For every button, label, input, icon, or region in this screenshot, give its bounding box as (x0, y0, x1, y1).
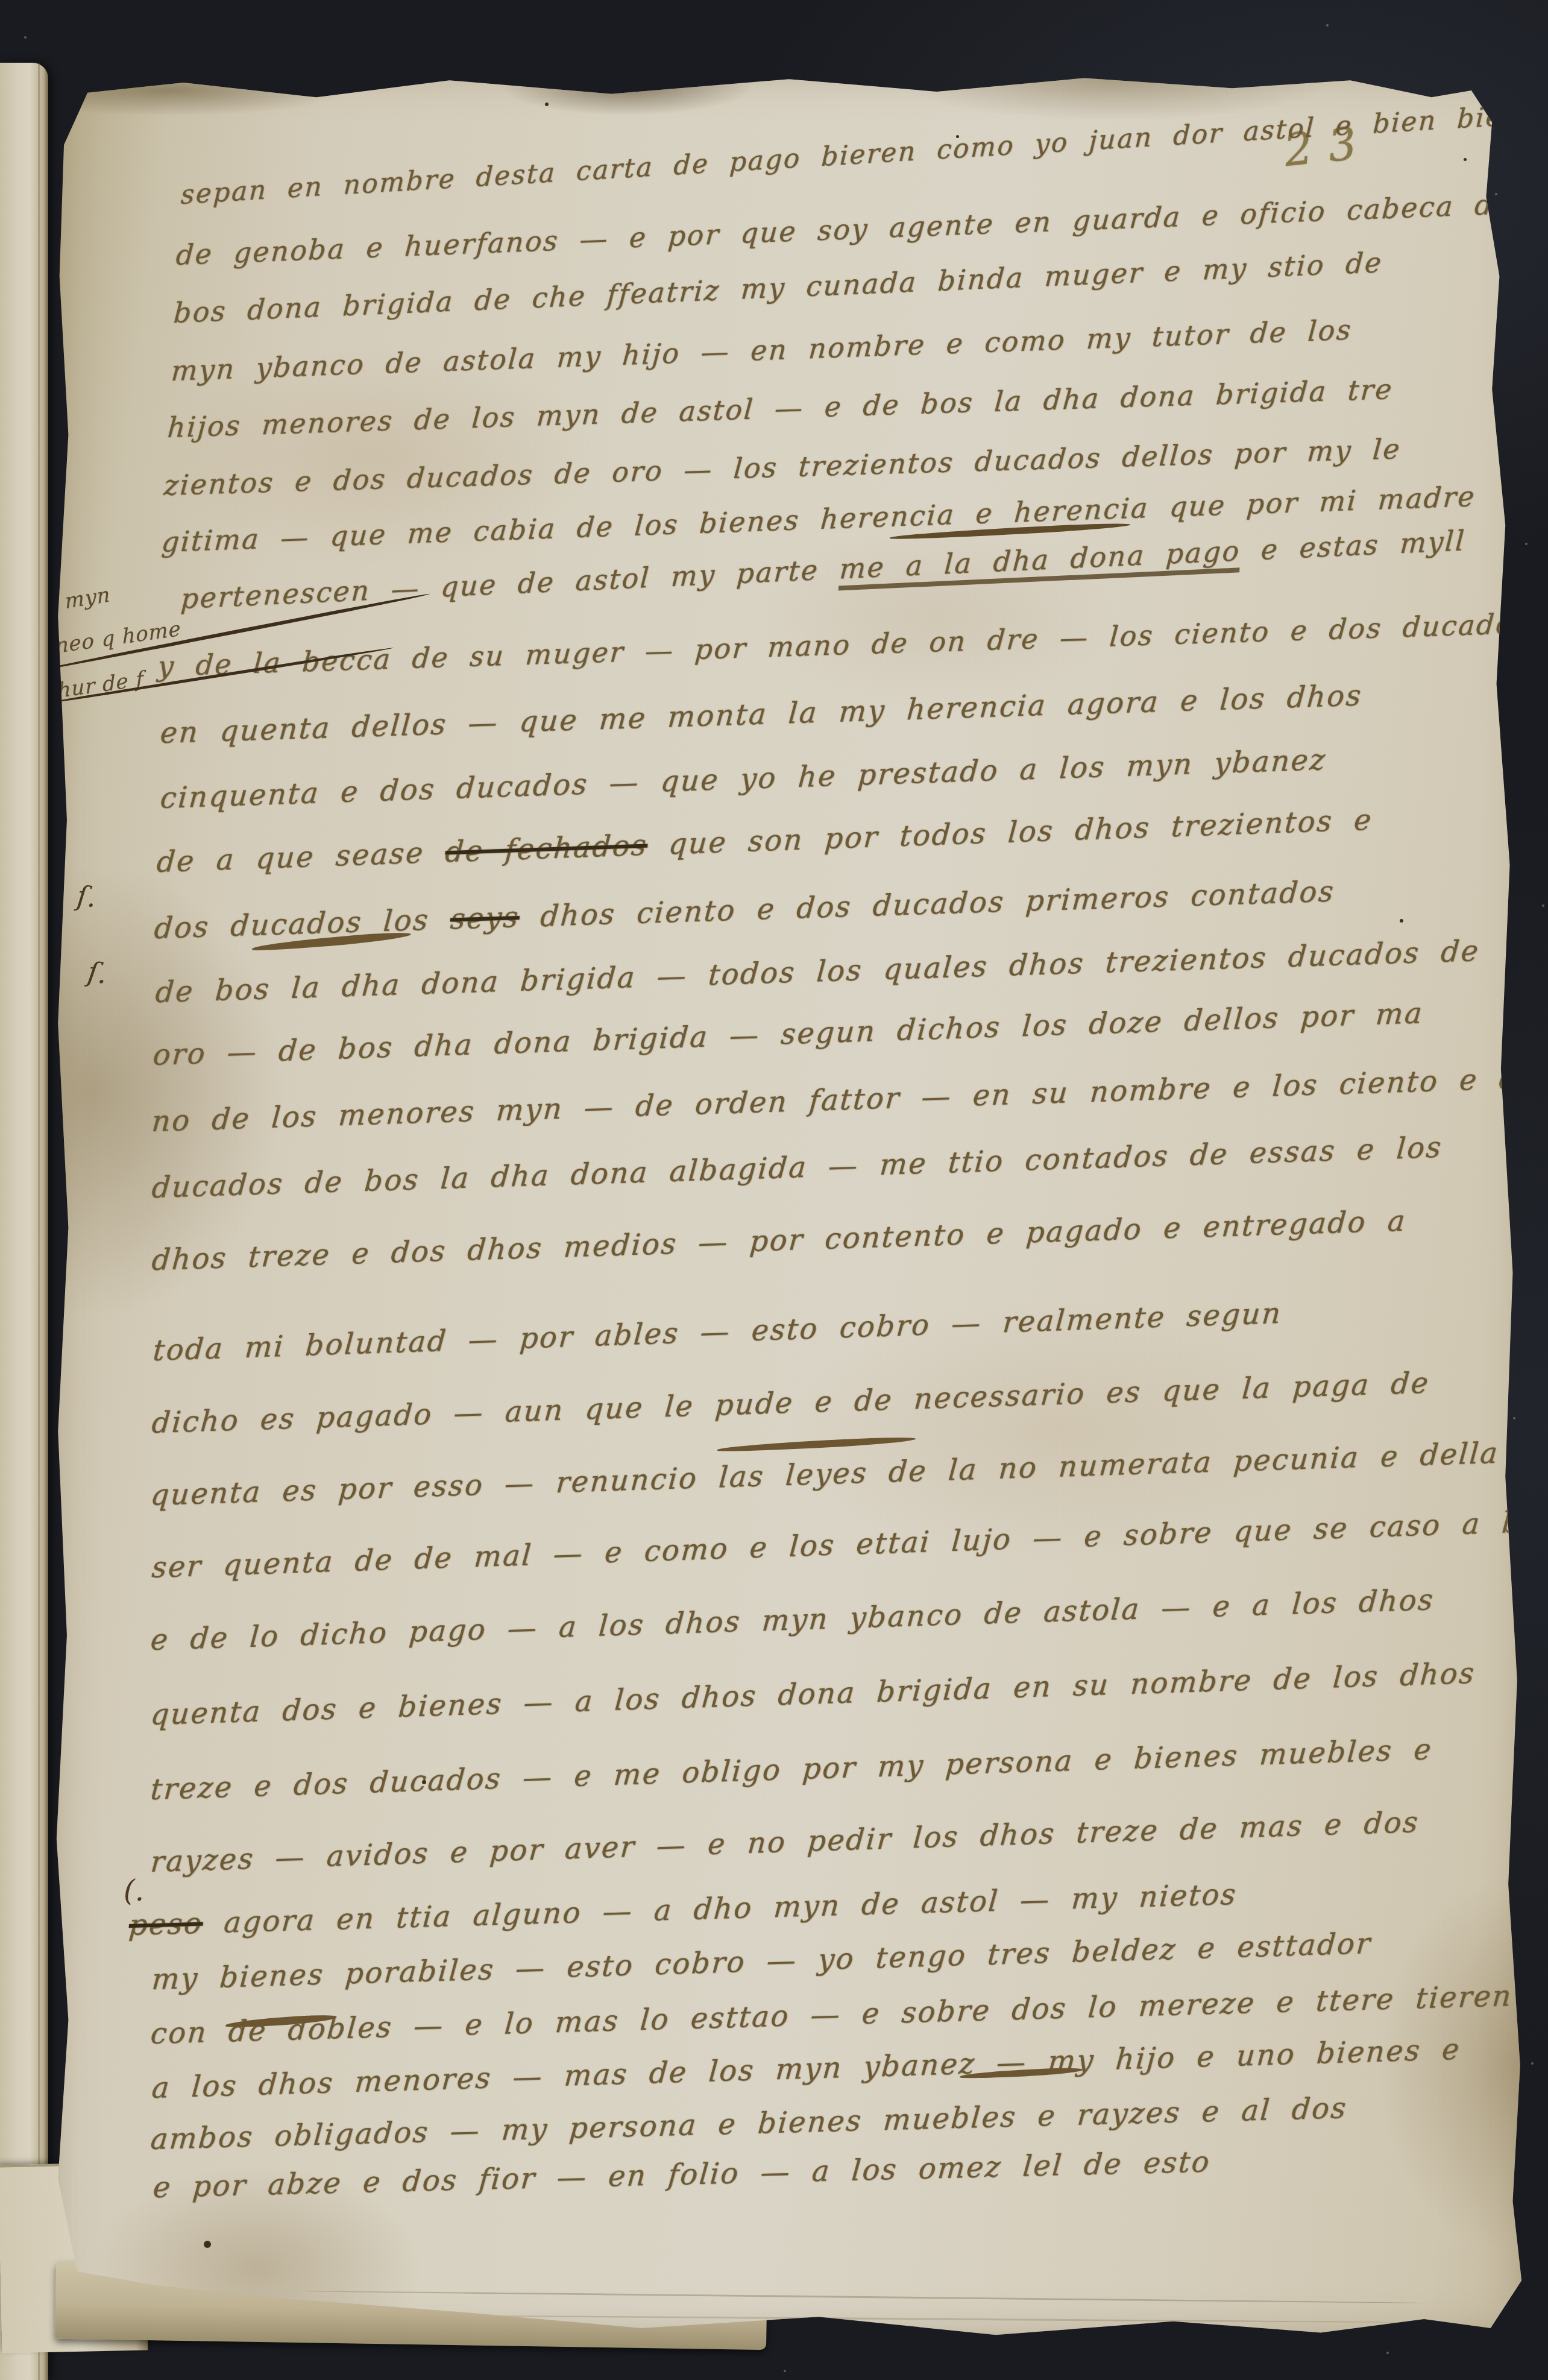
manuscript-line: en quenta dellos — que me monta la my he… (159, 678, 1364, 750)
manuscript-line: dos ducados los seys dhos ciento e dos d… (153, 874, 1336, 945)
manuscript-line: dicho es pagado — aun que le pude e de n… (151, 1366, 1431, 1440)
margin-note: myn (64, 582, 112, 614)
manuscript-line: dhos treze e dos dhos medios — por conte… (151, 1204, 1408, 1278)
manuscript-line: de a que sease de fechados que son por t… (156, 803, 1374, 879)
ink-speck (545, 103, 549, 106)
manuscript-line: de bos la dha dona brigida — todos los q… (154, 934, 1481, 1009)
ink-speck (422, 1780, 426, 1784)
manuscript-line: ser quenta de de mal — e como e los etta… (151, 1504, 1548, 1585)
manuscript-line: peso agora en ttia alguno — a dho myn de… (128, 1878, 1238, 1942)
ink-speck (1400, 919, 1403, 923)
margin-mark: (. (124, 1874, 144, 1908)
ink-speck (1464, 158, 1467, 161)
manuscript-line: toda mi boluntad — por ables — esto cobr… (152, 1296, 1283, 1368)
ink-speck (956, 135, 959, 138)
facing-page-edge (0, 63, 48, 2380)
manuscript-line: treze e dos ducados — e me obligo por my… (149, 1732, 1433, 1807)
photograph-stage: 23 sepan en nombre desta carta de pago b… (0, 0, 1548, 2380)
margin-mark: ſ. (86, 955, 109, 990)
manuscript-line: quenta dos e bienes — a los dhos dona br… (149, 1656, 1477, 1732)
facing-page-fold-line (38, 63, 40, 2380)
manuscript-line: hijos menores de los myn de astol — e de… (166, 373, 1394, 444)
ink-speck (1441, 86, 1446, 91)
manuscript-line: ducados de bos la dha dona albagida — me… (151, 1131, 1444, 1205)
manuscript-line: myn ybanco de astola my hijo — en nombre… (170, 314, 1353, 388)
manuscript-line: e por abze e dos fior — en folio — a los… (152, 2145, 1212, 2205)
manuscript-line: sepan en nombre desta carta de pago bier… (180, 100, 1522, 210)
ink-speck (58, 335, 61, 339)
manuscript-line: e de lo dicho pago — a los dhos myn yban… (149, 1583, 1435, 1657)
struck-word: peso (128, 1907, 204, 1943)
manuscript-line: cinquenta e dos ducados — que yo he pres… (159, 743, 1327, 815)
manuscript-line: no de los menores myn — de orden fattor … (151, 1061, 1548, 1138)
struck-word: seys (449, 900, 521, 936)
manuscript-line: my bienes porabiles — esto cobro — yo te… (151, 1927, 1373, 1996)
ink-speck (204, 2241, 211, 2248)
manuscript-line: rayzes — avidos e por aver — e no pedir … (149, 1805, 1420, 1879)
manuscript-line: oro — de bos dha dona brigida — segun di… (152, 996, 1424, 1072)
ink-strike-stroke (717, 1436, 916, 1453)
text-layer: sepan en nombre desta carta de pago bier… (51, 72, 1528, 2337)
underlined-phrase: me a la dha dona pago (838, 534, 1242, 590)
struck-word: de fechados (444, 828, 649, 869)
manuscript-page: 23 sepan en nombre desta carta de pago b… (51, 72, 1528, 2337)
margin-mark: ſ. (75, 879, 98, 914)
manuscript-line: y de la becca de su muger — por mano de … (157, 607, 1531, 683)
